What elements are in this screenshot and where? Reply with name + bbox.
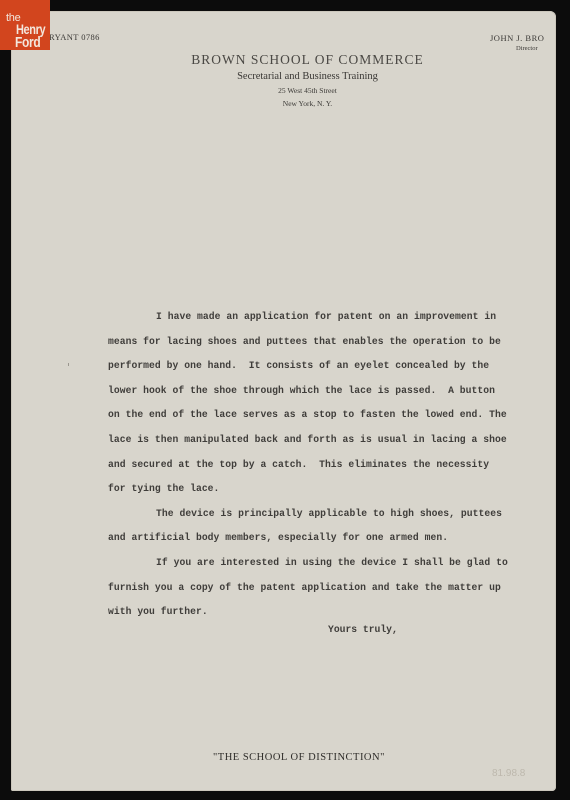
logo-ford: Ford — [15, 35, 40, 49]
letter-line: on the end of the lace serves as a stop … — [108, 403, 528, 428]
letter-line: for tying the lace. — [108, 477, 528, 502]
letter-line: I have made an application for patent on… — [108, 305, 528, 330]
school-motto: "THE SCHOOL OF DISTINCTION" — [213, 752, 385, 763]
letter-line: lace is then manipulated back and forth … — [108, 428, 528, 453]
school-name: BROWN SCHOOL OF COMMERCE — [45, 52, 570, 68]
director-name: JOHN J. BRO — [490, 33, 556, 43]
letter-line: with you further. — [108, 600, 528, 625]
letter-line: and secured at the top by a catch. This … — [108, 453, 528, 478]
letter-line: means for lacing shoes and puttees that … — [108, 330, 528, 355]
henry-ford-watermark-logo: the Henry Ford — [0, 0, 50, 50]
school-subtitle: Secretarial and Business Training — [45, 71, 570, 82]
letter-body: I have made an application for patent on… — [108, 305, 528, 625]
catalog-number: 81.98.8 — [492, 768, 525, 779]
paper-speck — [68, 363, 69, 366]
letter-line: lower hook of the shoe through which the… — [108, 379, 528, 404]
letter-line: performed by one hand. It consists of an… — [108, 354, 528, 379]
school-address: 25 West 45th Street — [45, 86, 570, 95]
letter-line: The device is principally applicable to … — [108, 502, 528, 527]
letter-closing: Yours truly, — [328, 624, 398, 635]
phone-number: RYANT 0786 — [49, 32, 100, 42]
letter-line: furnish you a copy of the patent applica… — [108, 576, 528, 601]
school-city: New York, N. Y. — [45, 99, 570, 108]
director-title: Director — [516, 45, 538, 52]
letterhead: BROWN SCHOOL OF COMMERCE Secretarial and… — [0, 52, 570, 108]
letter-line: If you are interested in using the devic… — [108, 551, 528, 576]
letter-line: and artificial body members, especially … — [108, 526, 528, 551]
